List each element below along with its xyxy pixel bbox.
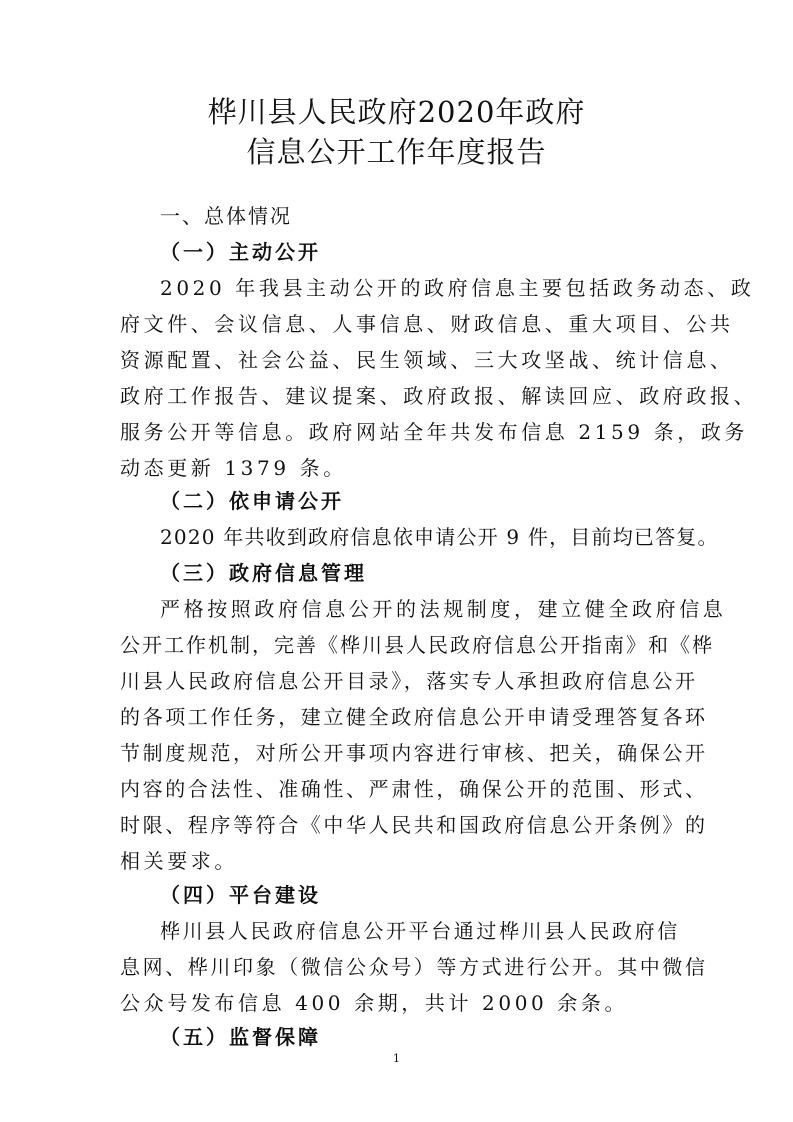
- paragraph-line: 资源配置、社会公益、民生领域、三大攻坚战、统计信息、: [120, 342, 680, 378]
- paragraph-line: 公众号发布信息 400 余期，共计 2000 余条。: [120, 985, 680, 1021]
- paragraph-line: 2020 年共收到政府信息依申请公开 9 件，目前均已答复。: [160, 519, 720, 555]
- subsection-heading-on-request-disclosure: （二）依申请公开: [160, 483, 720, 519]
- subsection-heading-info-management: （三）政府信息管理: [160, 555, 720, 591]
- report-title-line-1: 桦川县人民政府2020年政府: [0, 92, 793, 132]
- paragraph-line: 川县人民政府信息公开目录》，落实专人承担政府信息公开: [120, 663, 680, 699]
- paragraph-line: 动态更新 1379 条。: [120, 450, 680, 486]
- paragraph-line: 内容的合法性、准确性、严肃性，确保公开的范围、形式、: [120, 771, 680, 807]
- subsection-heading-proactive-disclosure: （一）主动公开: [160, 234, 720, 270]
- section-heading-overview: 一、总体情况: [160, 198, 720, 234]
- paragraph-line: 相关要求。: [120, 843, 680, 879]
- paragraph-line: 息网、桦川印象（微信公众号）等方式进行公开。其中微信: [120, 949, 680, 985]
- paragraph-line: 服务公开等信息。政府网站全年共发布信息 2159 条，政务: [120, 414, 680, 450]
- paragraph-line: 严格按照政府信息公开的法规制度，建立健全政府信息: [160, 591, 720, 627]
- paragraph-line: 公开工作机制，完善《桦川县人民政府信息公开指南》和《桦: [120, 627, 680, 663]
- paragraph-line: 桦川县人民政府信息公开平台通过桦川县人民政府信: [160, 913, 720, 949]
- paragraph-line: 政府工作报告、建议提案、政府政报、解读回应、政府政报、: [120, 378, 680, 414]
- paragraph-line: 节制度规范，对所公开事项内容进行审核、把关，确保公开: [120, 735, 680, 771]
- subsection-heading-supervision: （五）监督保障: [160, 1019, 720, 1055]
- paragraph-line: 2020 年我县主动公开的政府信息主要包括政务动态、政: [160, 270, 720, 306]
- paragraph-line: 的各项工作任务，建立健全政府信息公开申请受理答复各环: [120, 699, 680, 735]
- paragraph-line: 府文件、会议信息、人事信息、财政信息、重大项目、公共: [120, 306, 680, 342]
- page-number: 1: [0, 1052, 793, 1065]
- report-title-line-2: 信息公开工作年度报告: [0, 132, 793, 172]
- paragraph-line: 时限、程序等符合《中华人民共和国政府信息公开条例》的: [120, 807, 680, 843]
- subsection-heading-platform-construction: （四）平台建设: [160, 877, 720, 913]
